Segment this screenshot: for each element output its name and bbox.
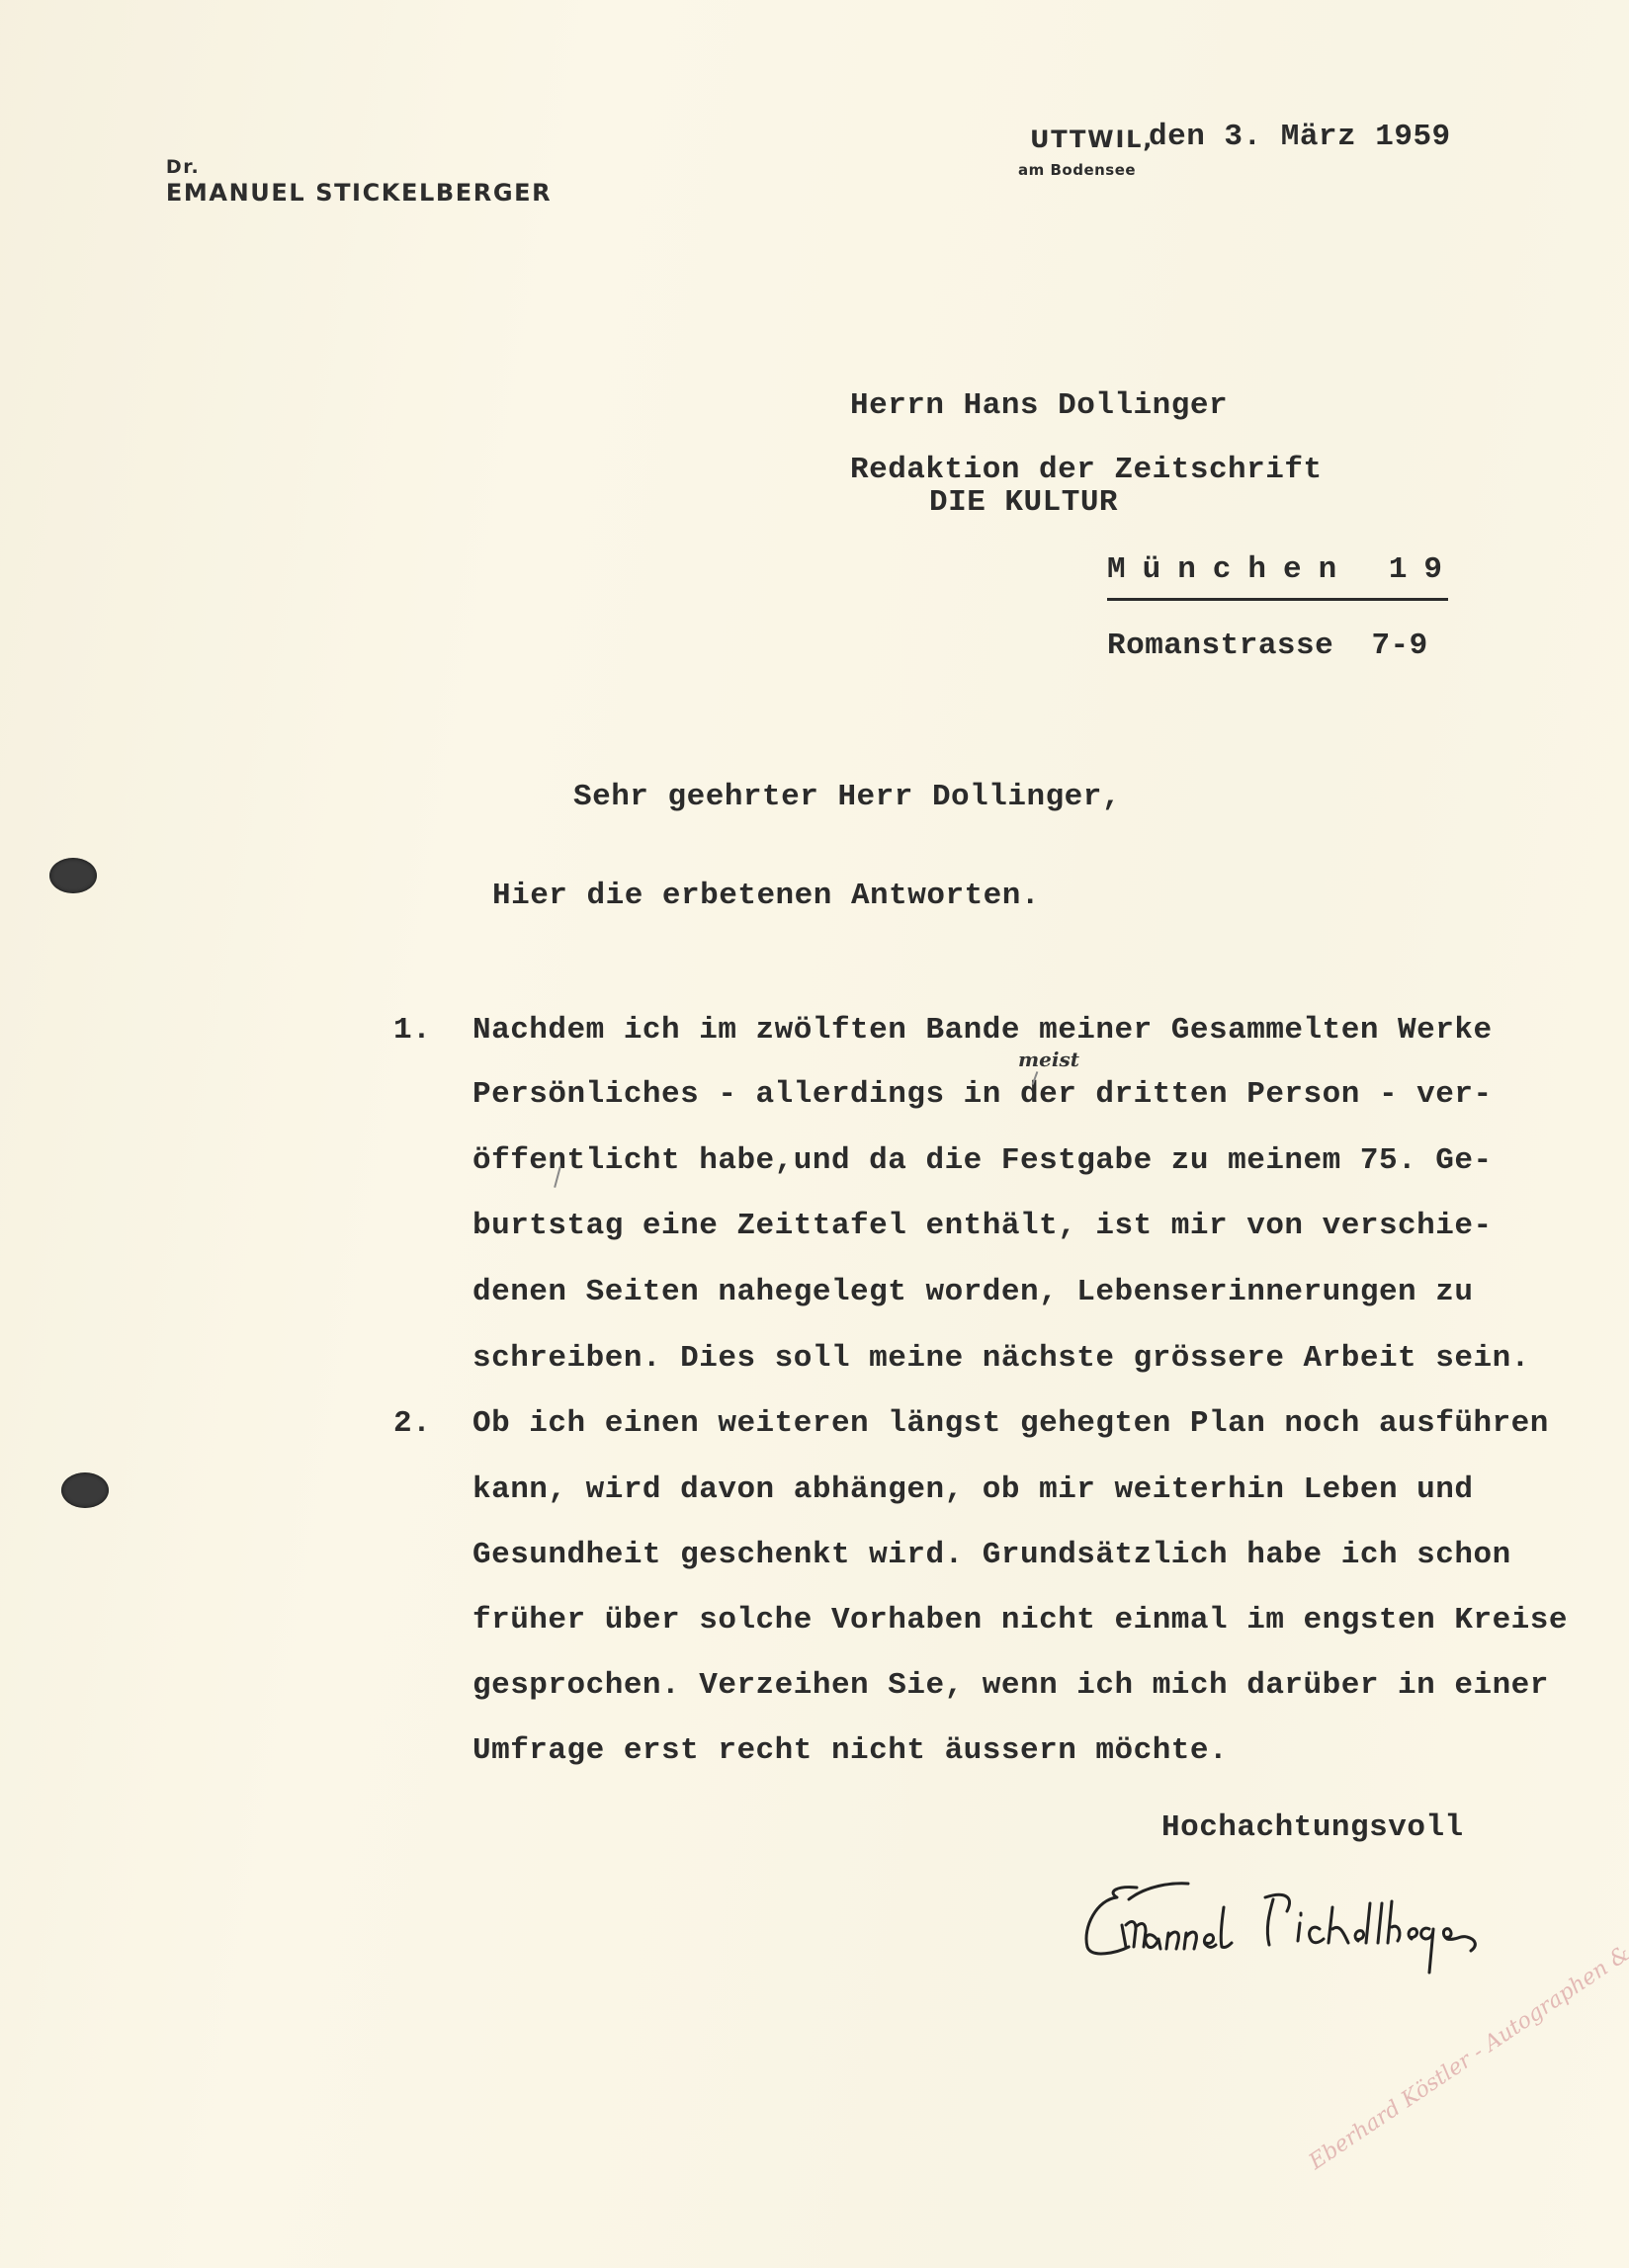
- sender-title: Dr.: [166, 156, 200, 178]
- answer-2-line: gesprochen. Verzeihen Sie, wenn ich mich…: [472, 1668, 1549, 1703]
- answer-2-line: kann, wird davon abhängen, ob mir weiter…: [472, 1472, 1473, 1507]
- city-underline: [1107, 598, 1448, 601]
- handwritten-insert: meist: [1018, 1048, 1079, 1071]
- answer-2-number: 2.: [393, 1406, 431, 1441]
- answer-1-line: schreiben. Dies soll meine nächste gröss…: [472, 1341, 1530, 1376]
- punch-hole: [49, 858, 97, 893]
- answer-2-line: Ob ich einen weiteren längst gehegten Pl…: [472, 1406, 1549, 1441]
- answer-1-line: denen Seiten nahegelegt worden, Lebenser…: [472, 1275, 1473, 1309]
- answer-1-number: 1.: [393, 1013, 431, 1048]
- answer-2-line: Umfrage erst recht nicht äussern möchte.: [472, 1733, 1228, 1768]
- answer-2-line: Gesundheit geschenkt wird. Grundsätzlich…: [472, 1538, 1511, 1572]
- answer-1-line: öffentlicht habe,und da die Festgabe zu …: [472, 1143, 1493, 1178]
- answer-1-line: Nachdem ich im zwölften Bande meiner Ges…: [472, 1013, 1493, 1048]
- closing: Hochachtungsvoll: [1161, 1810, 1464, 1845]
- letterhead-place-sub: am Bodensee: [1018, 161, 1136, 179]
- punch-hole: [61, 1472, 109, 1508]
- answer-1-line: burtstag eine Zeittafel enthält, ist mir…: [472, 1209, 1493, 1243]
- recipient-name: Herrn Hans Dollinger: [850, 388, 1228, 423]
- answer-1-line: Persönliches - allerdings in der dritten…: [472, 1077, 1493, 1112]
- letter-date: den 3. März 1959: [1149, 120, 1451, 154]
- recipient-street: Romanstrasse 7-9: [1107, 629, 1428, 663]
- sender-name: EMANUEL STICKELBERGER: [166, 179, 552, 207]
- signature-image: [1077, 1878, 1512, 1996]
- answer-2-line: früher über solche Vorhaben nicht einmal…: [472, 1603, 1568, 1638]
- letterhead-sender: Dr. EMANUEL STICKELBERGER: [146, 124, 552, 207]
- recipient-publication: DIE KULTUR: [929, 485, 1118, 520]
- salutation: Sehr geehrter Herr Dollinger,: [573, 780, 1121, 814]
- letterhead-place: UTTWIL,: [1030, 126, 1154, 153]
- recipient-city: München 19: [1107, 552, 1459, 587]
- recipient-organization: Redaktion der Zeitschrift: [850, 453, 1323, 487]
- intro-line: Hier die erbetenen Antworten.: [492, 879, 1040, 913]
